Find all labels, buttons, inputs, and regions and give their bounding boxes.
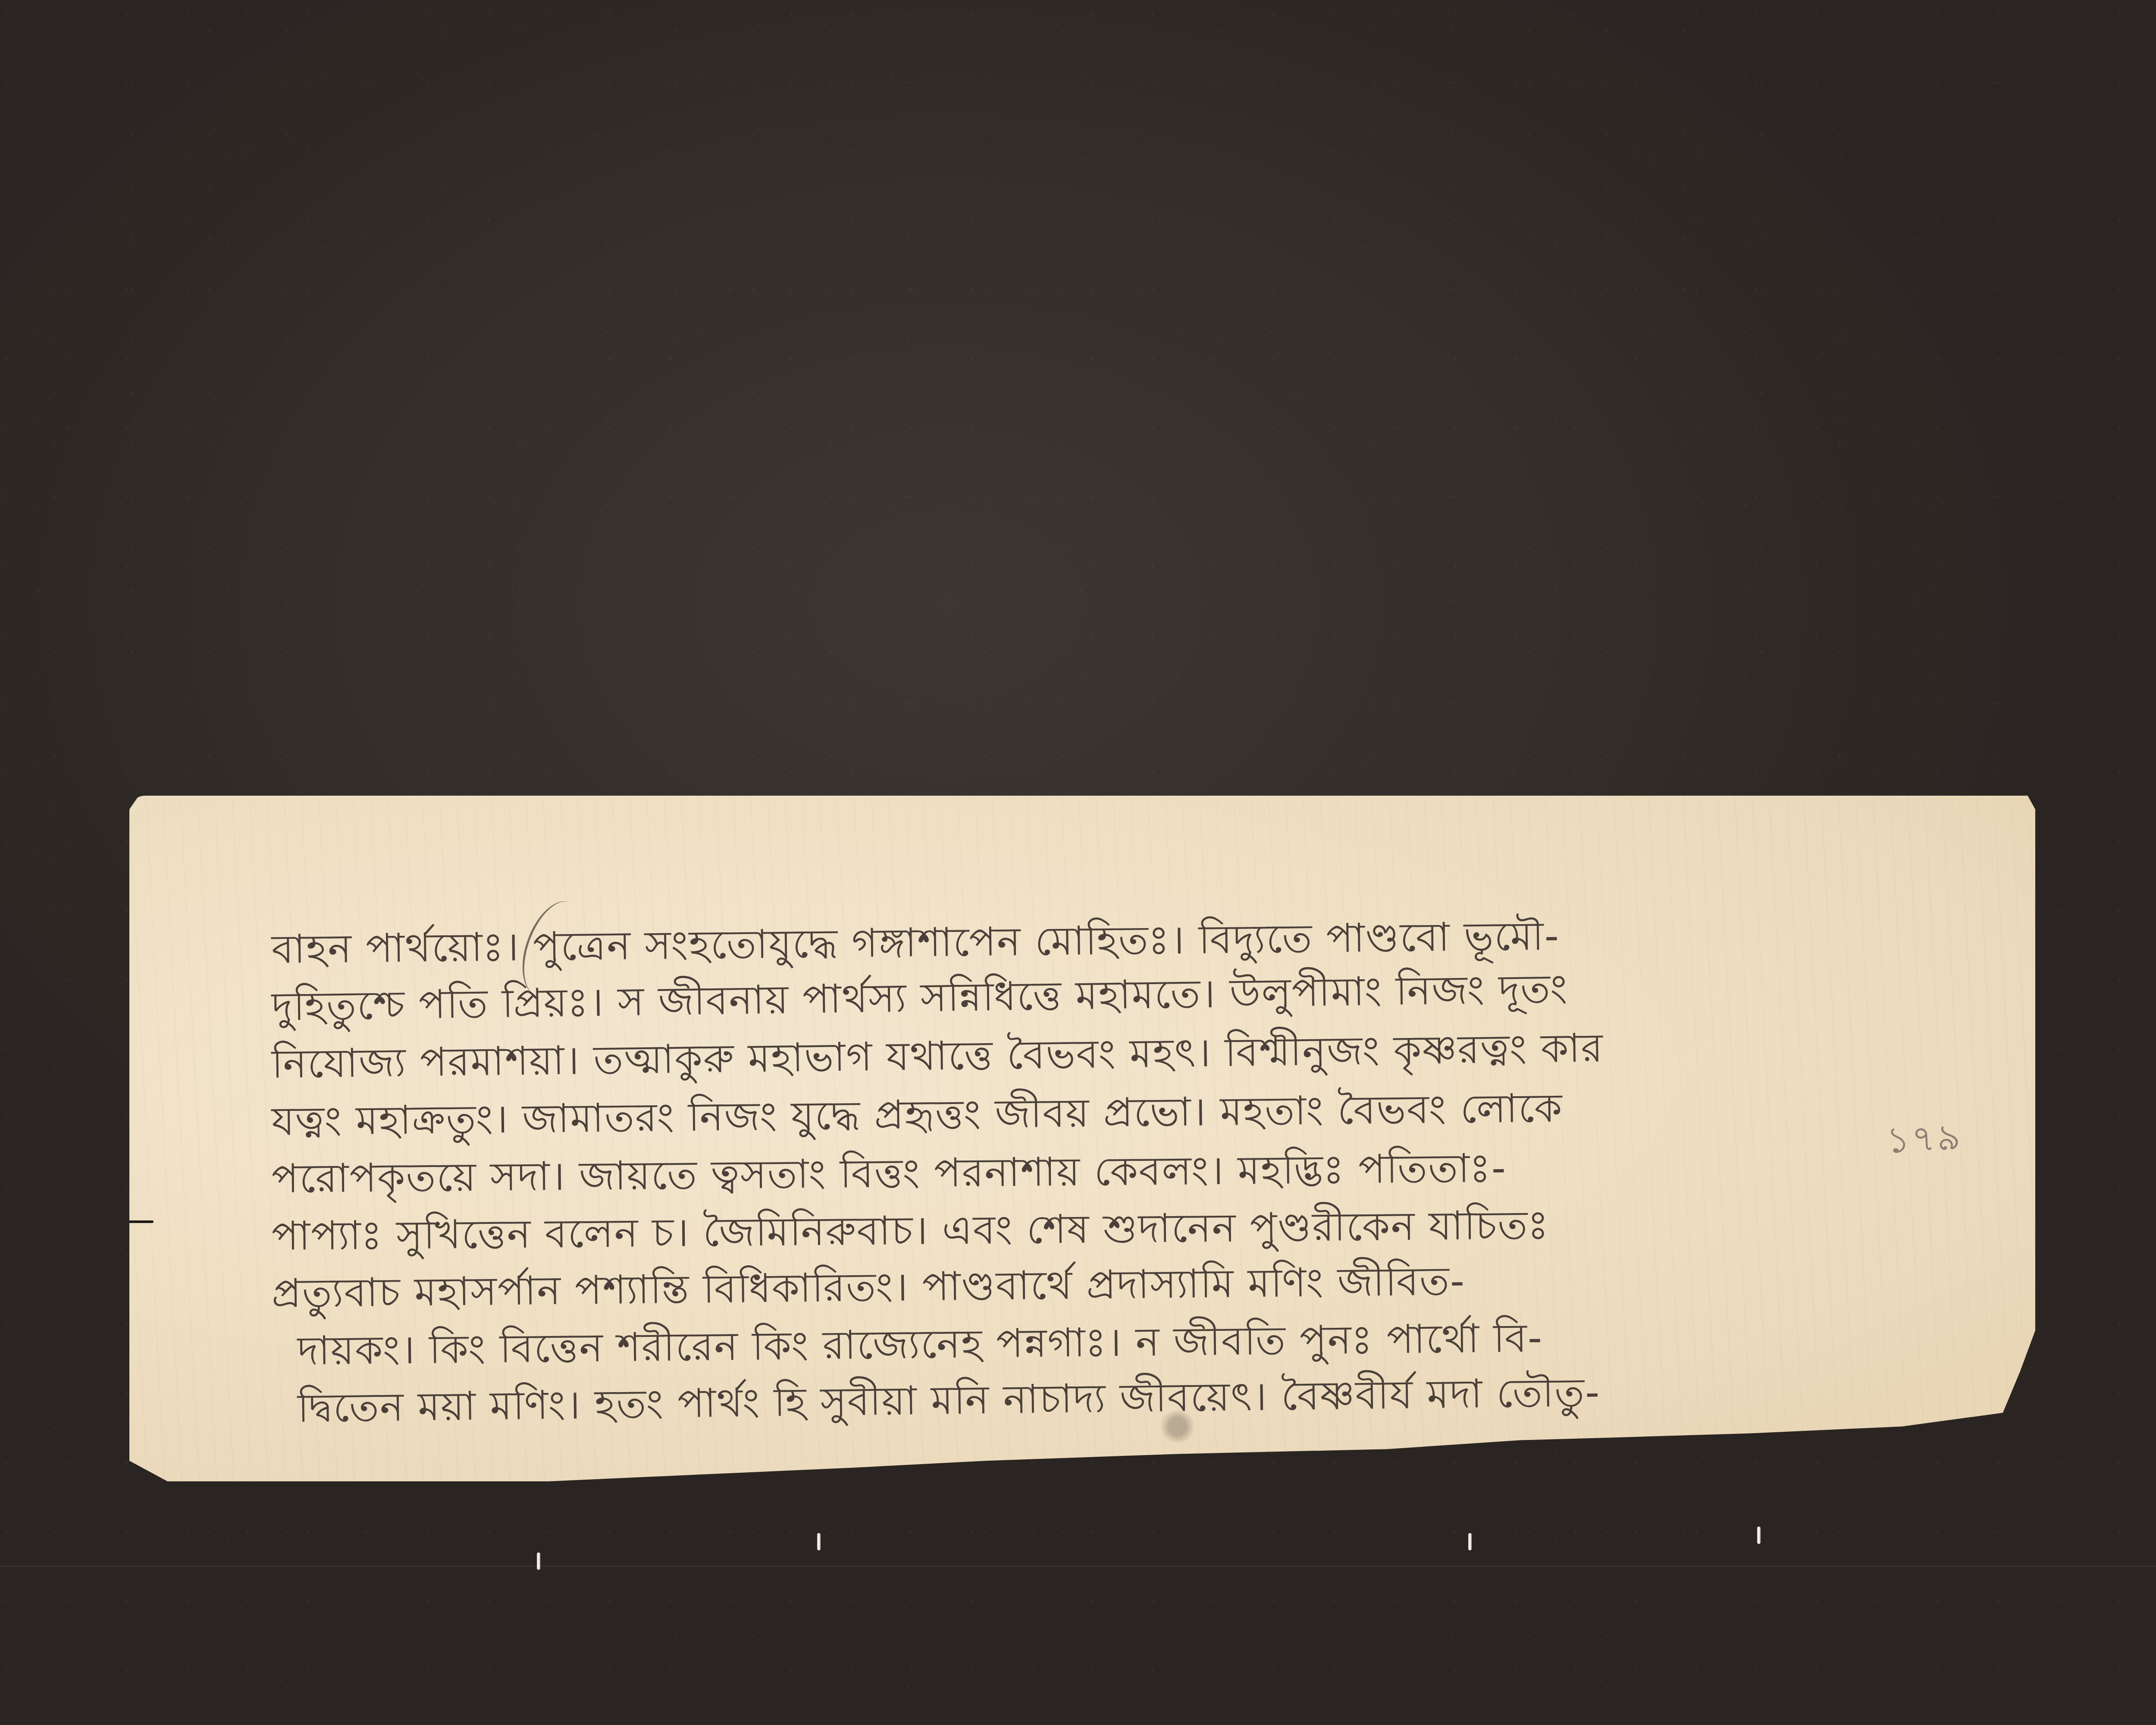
mounting-pin — [817, 1533, 821, 1550]
folio-number: ১৭৯ — [1885, 1109, 1964, 1173]
mounting-pin — [1468, 1533, 1472, 1550]
photo-stage: বাহন পার্থয়োঃ। পুত্রেন সংহতোযুদ্ধে গঙ্গ… — [0, 0, 2156, 1725]
mounting-pin — [1757, 1527, 1761, 1544]
manuscript-leaf: বাহন পার্থয়োঃ। পুত্রেন সংহতোযুদ্ধে গঙ্গ… — [129, 796, 2035, 1481]
mounting-pin — [537, 1552, 540, 1570]
binding-hole-mark — [128, 1220, 154, 1223]
manuscript-text: বাহন পার্থয়োঃ। পুত্রেন সংহতোযুদ্ধে গঙ্গ… — [272, 921, 1846, 1437]
board-edge-line — [0, 1565, 2156, 1567]
